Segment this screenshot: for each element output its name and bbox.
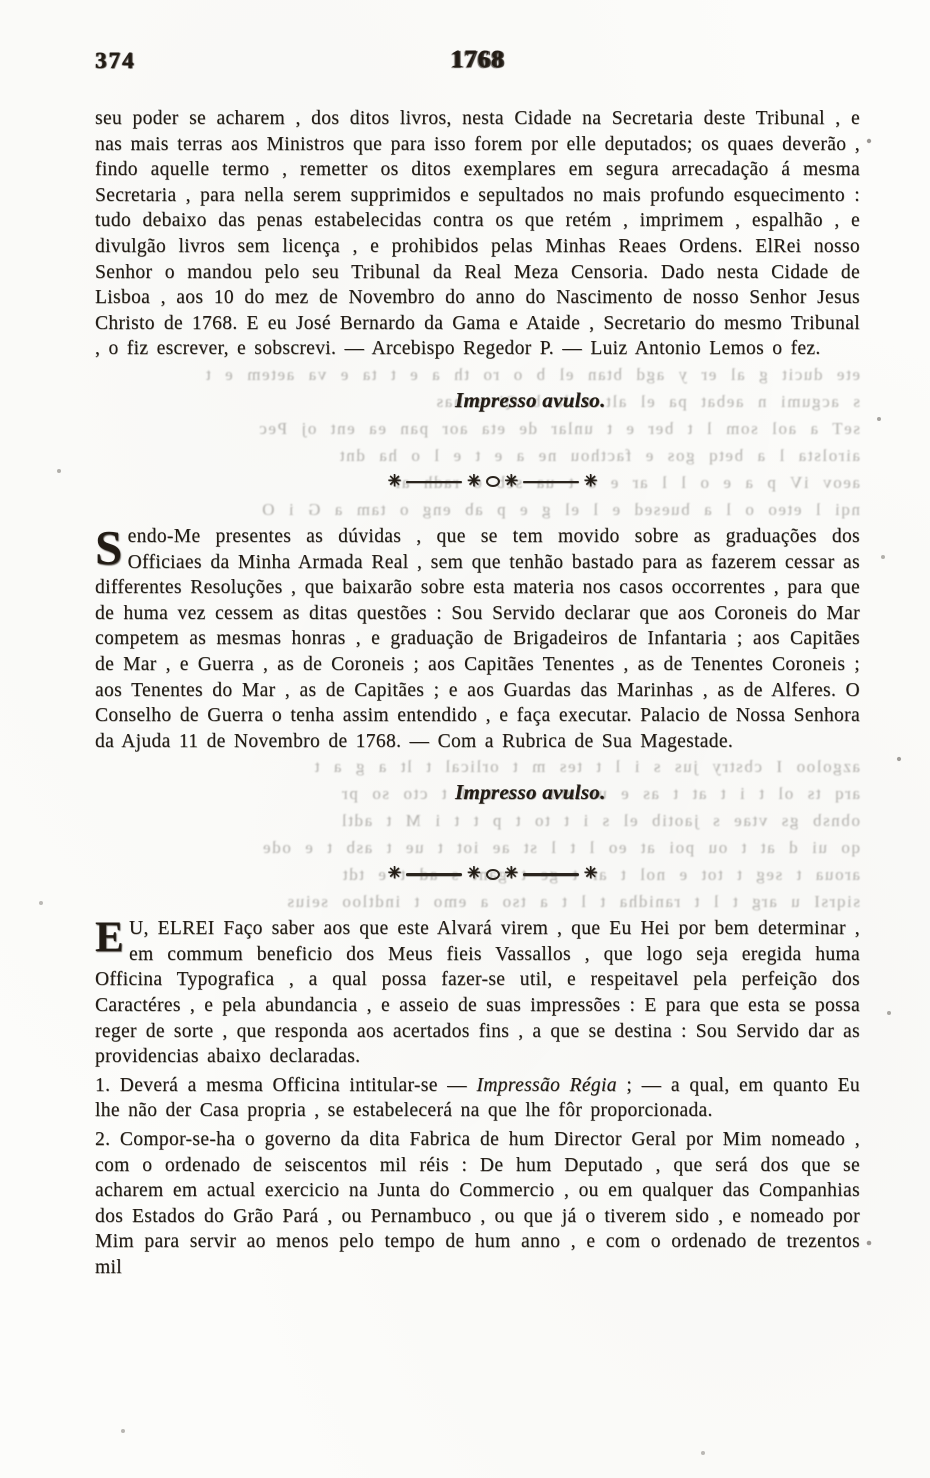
bleed-through-text: seT a aol som l t ber e t unlar de eta a… [95,419,860,439]
bleed-through-region-2: azgoloo I cbstry jus s i l t tes m t orl… [0,754,930,916]
bleed-line: obnsb gs vtae s jaotib el s i t to t p t… [95,808,860,835]
divider-rule [406,873,462,876]
divider-star-icon: ✳ [467,475,480,489]
alvara-item-1: 1. Deverá a mesma Officina intitular-se … [0,1073,930,1124]
drop-cap-initial: E [95,916,129,957]
bleed-line: ete ducit g al er y agd btan el b o ro t… [95,362,860,389]
section-divider-1: ✳ ✳ ✳ ✳ [125,475,860,489]
divider-rule [523,873,579,876]
paragraph-decree-conclusion: seu poder se acharem , dos ditos livros,… [0,106,930,362]
paragraph-naval-resolution: Sendo-Me presentes as dúvidas , que se t… [0,524,930,754]
paragraph-alvara-preamble: EU, ELREI Faço saber aos que este Alvará… [0,916,930,1070]
item-title-italic: Impressão Régia [477,1075,617,1096]
divider-ring-icon [486,476,500,487]
scanned-page: 374 1768 seu poder se acharem , dos dito… [0,0,930,1478]
divider-star-icon: ✳ [505,475,518,489]
paragraph-text: endo-Me presentes as dúvidas , que se te… [95,526,860,752]
bleed-through-text: siqrsI u arg t l t ranidha t l t a tso a… [95,892,860,912]
imprint-line: s acgumi n aebat pa el alt u la b Qi e n… [95,389,860,416]
bleed-through-text: ete ducit g al er y agd btan el b o ro t… [95,365,860,385]
bleed-line: azgoloo I cbstry jus s i l t tes m t orl… [95,754,860,781]
imprint-line: arq ts ol t i t at t as e ue eto e a t r… [95,781,860,808]
drop-cap-initial: S [95,524,128,568]
imprint-note-2: Impresso avulso. [455,780,606,805]
divider-line: aeov iV p a e o l l ar e o t ua seb o ra… [95,470,860,497]
page-header: 374 1768 [0,0,930,82]
bleed-line: seT a aol som l t ber e t unlar de eta a… [95,416,860,443]
bleed-line: airolsta l a betq gos e facthou ne a e t… [95,443,860,470]
bleed-line: qo ui d at t ou poi at eo l t l st ae io… [95,835,860,862]
section-divider-2: ✳ ✳ ✳ ✳ [125,867,860,881]
bleed-through-text: azgoloo I cbstry jus s i l t tes m t orl… [95,757,860,777]
divider-star-icon: ✳ [388,867,401,881]
bleed-through-text: qo ui d at t ou poi at eo l t l st ae io… [95,838,860,858]
divider-star-icon: ✳ [467,867,480,881]
alvara-item-2: 2. Compor-se-ha o governo da dita Fabric… [0,1127,930,1281]
bleed-through-region-1: ete ducit g al er y agd btan el b o ro t… [0,362,930,524]
divider-rule [406,481,462,484]
divider-rule [523,481,579,484]
bleed-through-text: airolsta l a betq gos e facthou ne a e t… [95,446,860,466]
divider-star-icon: ✳ [584,867,597,881]
divider-star-icon: ✳ [388,475,401,489]
divider-star-icon: ✳ [584,475,597,489]
item-text: 1. Deverá a mesma Officina intitular-se … [95,1075,477,1096]
year-heading: 1768 [95,46,860,74]
bleed-line: siqrsI u arg t l t ranidha t l t a tso a… [95,889,860,916]
paragraph-text: U, ELREI Faço saber aos que este Alvará … [95,918,860,1067]
bleed-line: nqi l eteo o l a buesed e l el g e p ab … [95,497,860,524]
imprint-note-1: Impresso avulso. [455,388,606,413]
bleed-through-text: obnsb gs vtae s jaotib el s i t to t p t… [95,811,860,831]
divider-ring-icon [486,869,500,880]
divider-line: aroua t seg t tot e nol t ar t ge t gant… [95,862,860,889]
divider-star-icon: ✳ [505,867,518,881]
bleed-through-text: nqi l eteo o l a buesed e l el g e p ab … [95,500,860,520]
